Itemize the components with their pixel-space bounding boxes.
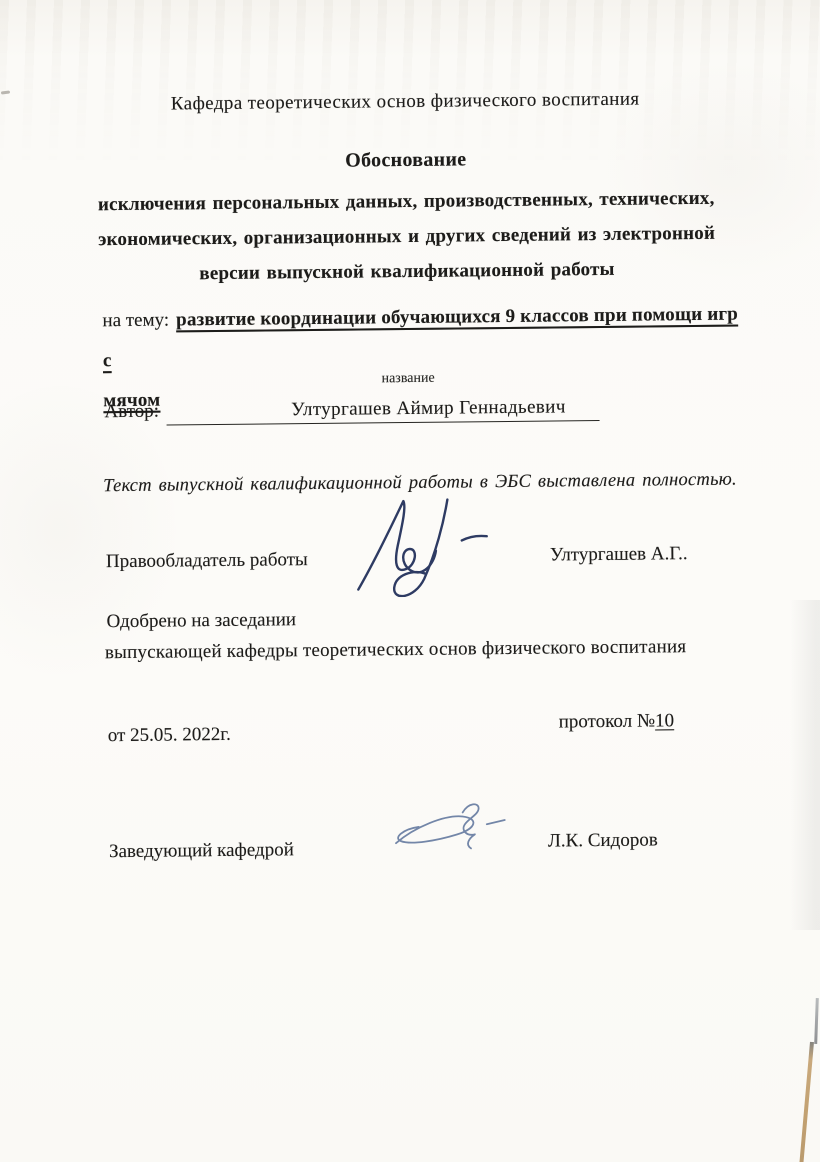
theme-text-line-1: развитие координации обучающихся 9 класс… [103,304,738,372]
author-label: Автор: [104,400,159,424]
approved-line-2: выпускающей кафедры теоретических основ … [105,635,687,665]
department-head-name: Л.К. Сидоров [548,828,658,853]
author-name: Ултургашев Аймир Геннадьевич [291,396,566,420]
subtitle-line-1: исключения персональных данных, производ… [0,186,816,218]
department-line: Кафедра теоретических основ физического … [0,86,815,118]
rights-holder-signature [349,496,508,598]
author-row: Автор: Ултургашев Аймир Геннадьевич [104,395,599,426]
protocol-number-line: протокол №10 [559,709,675,734]
document-title: Обоснование [0,144,816,178]
department-head-signature [392,796,519,859]
rights-holder-label: Правообладатель работы [106,548,308,574]
theme-text: развитие координации обучающихся 9 класс… [103,304,738,412]
theme-label: на тему: [102,310,169,332]
protocol-label: протокол № [559,710,656,732]
subtitle-line-2: экономических, организационных и других … [0,221,817,253]
document-content: Кафедра теоретических основ физического … [0,0,820,1162]
department-head-label: Заведующий кафедрой [109,838,294,864]
approved-line-1: Одобрено на заседании [107,608,297,634]
protocol-number: 10 [655,710,674,731]
date-text: от 25.05. 2022г. [108,723,231,748]
author-signature-line: Ултургашев Аймир Геннадьевич [166,395,599,425]
fulltext-statement: Текст выпускной квалификационной работы … [103,469,737,499]
subtitle-line-3: версии выпускной квалификационной работы [0,256,817,288]
rights-holder-name: Ултургашев А.Г.. [550,542,688,567]
scanned-document-page: Кафедра теоретических основ физического … [0,0,820,1162]
